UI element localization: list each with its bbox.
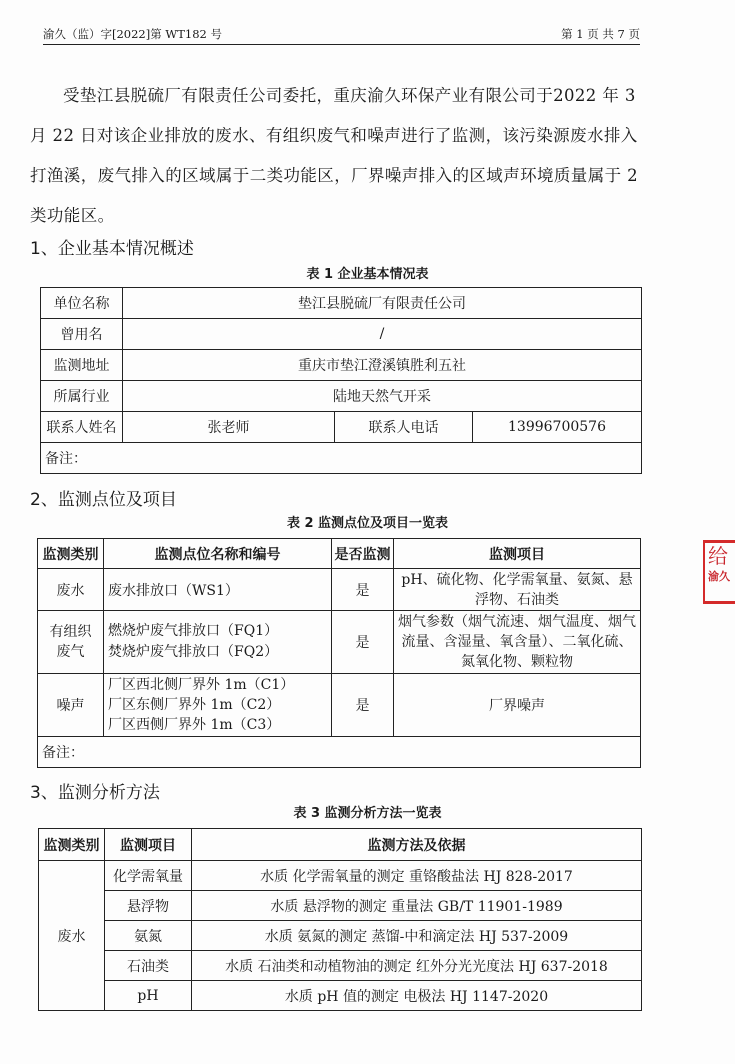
table-row: 噪声 厂区西北侧厂界外 1m（C1） 厂区东侧厂界外 1m（C2） 厂区西侧厂界… <box>38 674 641 737</box>
table-1-caption: 表 1 企业基本情况表 <box>0 263 735 282</box>
table-row: 石油类 水质 石油类和动植物油的测定 红外分光光度法 HJ 637-2018 <box>39 951 642 981</box>
table-row: 氨氮 水质 氨氮的测定 蒸馏-中和滴定法 HJ 537-2009 <box>39 921 642 951</box>
table-row: 监测地址 重庆市垫江澄溪镇胜利五社 <box>41 350 642 381</box>
table-row: 曾用名 / <box>41 319 642 350</box>
section-3-title: 3、监测分析方法 <box>30 778 160 803</box>
table-header-row: 监测类别 监测点位名称和编号 是否监测 监测项目 <box>38 539 641 569</box>
section-1-title: 1、企业基本情况概述 <box>30 234 194 259</box>
table-row: 废水 化学需氧量 水质 化学需氧量的测定 重铬酸盐法 HJ 828-2017 <box>39 861 642 891</box>
table-row: 有组织废气 燃烧炉废气排放口（FQ1） 焚烧炉废气排放口（FQ2） 是 烟气参数… <box>38 611 641 674</box>
company-info-table: 单位名称 垫江县脱硫厂有限责任公司 曾用名 / 监测地址 重庆市垫江澄溪镇胜利五… <box>40 287 642 474</box>
table-row: 悬浮物 水质 悬浮物的测定 重量法 GB/T 11901-1989 <box>39 891 642 921</box>
table-row: 联系人姓名 张老师 联系人电话 13996700576 <box>41 412 642 443</box>
intro-paragraph: 受垫江县脱硫厂有限责任公司委托，重庆渝久环保产业有限公司于2022 年 3 月 … <box>30 76 640 236</box>
monitoring-points-table: 监测类别 监测点位名称和编号 是否监测 监测项目 废水 废水排放口（WS1） 是… <box>37 538 641 768</box>
page-header: 渝久（监）字[2022]第 WT182 号 第 1 页 共 7 页 <box>43 24 640 45</box>
seal-stamp: 给 渝久 <box>703 540 735 604</box>
table-row: 备注： <box>41 443 642 474</box>
table-row: 废水 废水排放口（WS1） 是 pH、硫化物、化学需氧量、氨氮、悬浮物、石油类 <box>38 569 641 611</box>
table-row: 单位名称 垫江县脱硫厂有限责任公司 <box>41 288 642 319</box>
table-row: 所属行业 陆地天然气开采 <box>41 381 642 412</box>
table-3-caption: 表 3 监测分析方法一览表 <box>0 802 735 821</box>
table-row: 备注： <box>38 737 641 768</box>
table-2-caption: 表 2 监测点位及项目一览表 <box>0 512 735 531</box>
analysis-methods-table: 监测类别 监测项目 监测方法及依据 废水 化学需氧量 水质 化学需氧量的测定 重… <box>38 828 642 1011</box>
table-row: pH 水质 pH 值的测定 电极法 HJ 1147-2020 <box>39 981 642 1011</box>
doc-number: 渝久（监）字[2022]第 WT182 号 <box>43 26 222 42</box>
page-info: 第 1 页 共 7 页 <box>561 26 640 42</box>
section-2-title: 2、监测点位及项目 <box>30 485 177 510</box>
table-header-row: 监测类别 监测项目 监测方法及依据 <box>39 829 642 861</box>
